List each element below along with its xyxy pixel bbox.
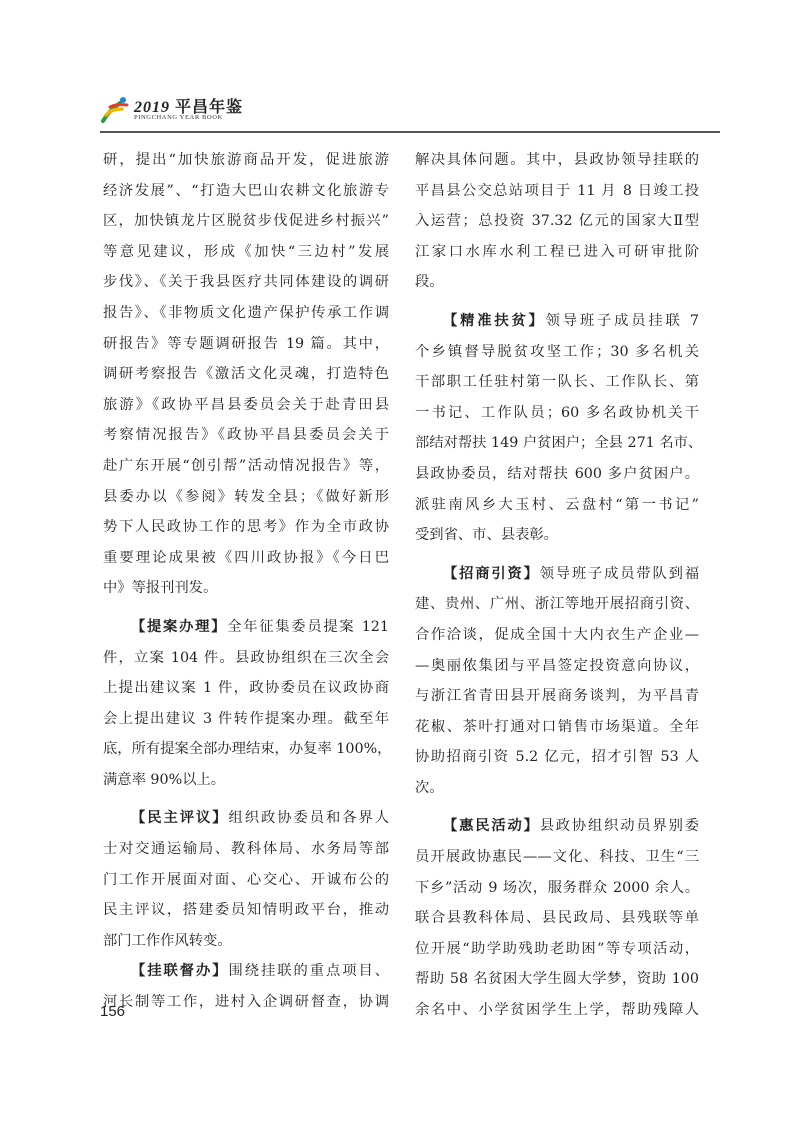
text-line: 经济发展”、“打造大巴山农耕文化旅游专 xyxy=(103,176,389,207)
section-first-line: 【精准扶贫】领导班子成员挂联 7 xyxy=(415,306,699,337)
section-heading: 【惠民活动】 xyxy=(443,818,540,834)
section-first-line: 【惠民活动】县政协组织动员界别委 xyxy=(415,811,699,842)
text-line: 上提出建议案 1 件，政协委员在议政协商 xyxy=(103,673,389,704)
page-number: 156 xyxy=(100,1003,125,1020)
text-line: 县委办以《参阅》转发全县；《做好新形 xyxy=(103,482,389,513)
text-line: 员开展政协惠民——文化、科技、卫生“三 xyxy=(415,842,699,873)
text-line: 部结对帮扶 149 户贫困户；全县 271 名市、 xyxy=(415,428,699,459)
text-line: 入运营；总投资 37.32 亿元的国家大Ⅱ型 xyxy=(415,206,699,237)
section-proposals: 【提案办理】全年征集委员提案 121 件，立案 104 件。县政协组织在三次全会… xyxy=(103,612,389,796)
text-line: 步伐》、《关于我县医疗共同体建设的调研 xyxy=(103,267,389,298)
supervision-continued: 解决具体问题。其中，县政协领导挂联的 平昌县公交总站项目于 11 月 8 日竣工… xyxy=(415,145,699,298)
section-investment: 【招商引资】领导班子成员带队到福 建、贵州、广州、浙江等地开展招商引资、 合作洽… xyxy=(415,559,699,804)
text-line: 解决具体问题。其中，县政协领导挂联的 xyxy=(415,145,699,176)
text-line: 件，立案 104 件。县政协组织在三次全会 xyxy=(103,643,389,674)
text-line: 派驻南风乡大玉村、云盘村“第一书记” xyxy=(415,490,699,521)
text-line: —奥丽侬集团与平昌签定投资意向协议， xyxy=(415,651,699,682)
section-first-line: 【提案办理】全年征集委员提案 121 xyxy=(103,612,389,643)
section-poverty: 【精准扶贫】领导班子成员挂联 7 个乡镇督导脱贫攻坚工作；30 多名机关 干部职… xyxy=(415,306,699,551)
text-line: 河长制等工作，进村入企调研督查，协调 xyxy=(103,987,389,1018)
text-line: 县政协委员，结对帮扶 600 多户贫困户。 xyxy=(415,459,699,490)
text-run: 全年征集委员提案 121 xyxy=(227,619,389,635)
text-line: 区，加快镇龙片区脱贫步伐促进乡村振兴” xyxy=(103,206,389,237)
text-line: 满意率 90%以上。 xyxy=(103,765,389,796)
text-line: 考察情况报告》《政协平昌县委员会关于 xyxy=(103,420,389,451)
text-line: 联合县教科体局、县民政局、县残联等单 xyxy=(415,903,699,934)
text-line: 个乡镇督导脱贫攻坚工作；30 多名机关 xyxy=(415,337,699,368)
text-line: 合作洽谈，促成全国十大内衣生产企业— xyxy=(415,620,699,651)
text-line: 门工作开展面对面、心交心、开诚布公的 xyxy=(103,865,389,896)
text-line: 次。 xyxy=(415,773,699,804)
text-line: 位开展“助学助残助老助困”等专项活动， xyxy=(415,934,699,965)
text-line: 研，提出“加快旅游商品开发，促进旅游 xyxy=(103,145,389,176)
text-line: 民主评议，搭建委员知情明政平台，推动 xyxy=(103,895,389,926)
text-line: 帮助 58 名贫困大学生圆大学梦，资助 100 xyxy=(415,964,699,995)
text-line: 重要理论成果被《四川政协报》《今日巴 xyxy=(103,543,389,574)
text-line: 受到省、市、县表彰。 xyxy=(415,520,699,551)
text-run: 组织政协委员和各界人 xyxy=(228,810,389,826)
text-line: 赴广东开展“创引帮”活动情况报告》等， xyxy=(103,451,389,482)
text-run: 围绕挂联的重点项目、 xyxy=(228,963,389,979)
text-line: 研报告》等专题调研报告 19 篇。其中， xyxy=(103,329,389,360)
section-heading: 【招商引资】 xyxy=(443,566,540,582)
yearbook-subtitle: PINGCHANG YEAR BOOK xyxy=(134,114,223,121)
pingchang-logo-icon xyxy=(100,95,130,125)
text-line: 余名中、小学贫困学生上学，帮助残障人 xyxy=(415,995,699,1026)
text-line: 报告》、《非物质文化遗产保护传承工作调 xyxy=(103,298,389,329)
text-line: 建、贵州、广州、浙江等地开展招商引资、 xyxy=(415,589,699,620)
text-line: 中》等报刊刊发。 xyxy=(103,573,389,604)
text-line: 江家口水库水利工程已进入可研审批阶 xyxy=(415,237,699,268)
section-supervision: 【挂联督办】围绕挂联的重点项目、 河长制等工作，进村入企调研督查，协调 xyxy=(103,956,389,1017)
section-heading: 【精准扶贫】 xyxy=(443,313,546,329)
header-rule xyxy=(100,131,720,133)
text-line: 干部职工任驻村第一队长、工作队长、第 xyxy=(415,367,699,398)
text-line: 下乡”活动 9 场次，服务群众 2000 余人。 xyxy=(415,873,699,904)
research-paragraph: 研，提出“加快旅游商品开发，促进旅游 经济发展”、“打造大巴山农耕文化旅游专 区… xyxy=(103,145,389,604)
left-column: 研，提出“加快旅游商品开发，促进旅游 经济发展”、“打造大巴山农耕文化旅游专 区… xyxy=(103,145,389,1018)
text-run: 县政协组织动员界别委 xyxy=(540,818,699,834)
section-heading: 【挂联督办】 xyxy=(131,963,228,979)
text-line: 旅游》《政协平昌县委员会关于赴青田县 xyxy=(103,390,389,421)
section-heading: 【提案办理】 xyxy=(131,619,227,635)
text-line: 一书记、工作队员；60 多名政协机关干 xyxy=(415,398,699,429)
text-line: 底，所有提案全部办理结束，办复率 100%， xyxy=(103,734,389,765)
section-welfare: 【惠民活动】县政协组织动员界别委 员开展政协惠民——文化、科技、卫生“三 下乡”… xyxy=(415,811,699,1025)
section-review: 【民主评议】组织政协委员和各界人 士对交通运输局、教科体局、水务局等部 门工作开… xyxy=(103,803,389,956)
text-line: 会上提出建议 3 件转作提案办理。截至年 xyxy=(103,704,389,735)
text-line: 协助招商引资 5.2 亿元，招才引智 53 人 xyxy=(415,742,699,773)
text-line: 士对交通运输局、教科体局、水务局等部 xyxy=(103,834,389,865)
text-run: 领导班子成员带队到福 xyxy=(540,566,699,582)
text-line: 等意见建议，形成《加快“三边村”发展 xyxy=(103,237,389,268)
text-line: 与浙江省青田县开展商务谈判，为平昌青 xyxy=(415,681,699,712)
text-line: 势下人民政协工作的思考》作为全市政协 xyxy=(103,512,389,543)
page-header: 2019 平昌年鉴 PINGCHANG YEAR BOOK xyxy=(100,92,720,130)
text-line: 部门工作作风转变。 xyxy=(103,926,389,957)
right-column: 解决具体问题。其中，县政协领导挂联的 平昌县公交总站项目于 11 月 8 日竣工… xyxy=(415,145,699,1026)
section-first-line: 【挂联督办】围绕挂联的重点项目、 xyxy=(103,956,389,987)
text-run: 领导班子成员挂联 7 xyxy=(546,313,699,329)
text-line: 调研考察报告《激活文化灵魂，打造特色 xyxy=(103,359,389,390)
section-first-line: 【民主评议】组织政协委员和各界人 xyxy=(103,803,389,834)
section-heading: 【民主评议】 xyxy=(131,810,228,826)
section-first-line: 【招商引资】领导班子成员带队到福 xyxy=(415,559,699,590)
text-line: 花椒、茶叶打通对口销售市场渠道。全年 xyxy=(415,712,699,743)
text-line: 平昌县公交总站项目于 11 月 8 日竣工投 xyxy=(415,176,699,207)
text-line: 段。 xyxy=(415,267,699,298)
